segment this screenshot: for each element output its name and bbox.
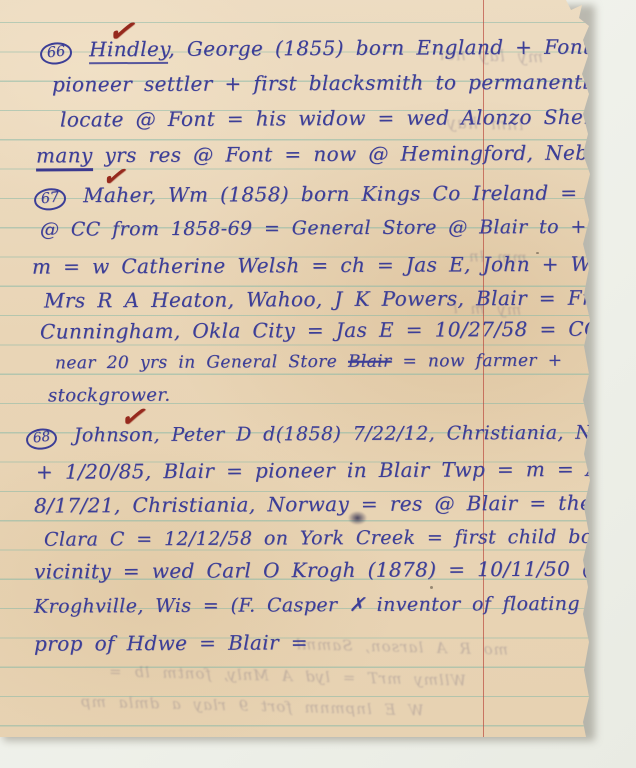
handwriting-line: @ CC from 1858-69 = General Store @ Blai…: [40, 215, 636, 240]
handwriting-line: 8/17/21, Christiania, Norway = res @ Bla…: [34, 490, 634, 517]
paper-speck: [430, 586, 433, 589]
scanned-page: my lay nollnm haymm lnmy m lmo R A larso…: [0, 0, 636, 768]
handwriting-line: + 1/20/85, Blair = pioneer in Blair Twp …: [36, 456, 636, 484]
entry-number-circled: 67: [33, 187, 67, 212]
handwriting-segment: pioneer settler + first blacksmith to pe…: [52, 70, 601, 97]
paper: my lay nollnm haymm lnmy m lmo R A larso…: [0, 0, 594, 737]
handwriting-line: locate @ Font = his widow = wed Alonzo S…: [60, 104, 636, 131]
handwriting-segment: = now farmer +: [392, 351, 563, 372]
handwriting-segment: , George (1855) born England + Font =: [168, 34, 620, 60]
handwriting-segment: [77, 37, 89, 61]
handwriting-line: Mrs R A Heaton, Wahoo, J K Powers, Blair…: [44, 285, 617, 312]
handwriting-segment: @ CC from 1858-69 = General Store @ Blai…: [40, 215, 636, 240]
handwriting-segment: yrs res @ Font = now @ Hemingford, Nebr: [93, 141, 599, 168]
handwriting-segment: + 1/20/85, Blair = pioneer in Blair Twp …: [36, 456, 636, 484]
handwriting-segment: Clara C = 12/12/58 on York Creek = first…: [44, 525, 636, 550]
entry-number-circled: 68: [25, 427, 58, 451]
handwriting-segment: Cunningham, Okla City = Jas E = 10/27/58…: [40, 316, 629, 343]
handwriting-segment-strike: Blair: [348, 352, 392, 372]
handwriting-line: 68 Johnson, Peter D d(1858) 7/22/12, Chr…: [26, 421, 636, 449]
handwriting-line: prop of Hdwe = Blair =: [34, 630, 308, 655]
handwriting-line: m = w Catherine Welsh = ch = Jas E, John…: [32, 251, 636, 278]
entry-number-circled: 66: [39, 41, 73, 66]
handwriting-segment: near 20 yrs in General Store: [55, 352, 348, 374]
handwriting-segment: m = w Catherine Welsh = ch = Jas E, John…: [32, 251, 636, 278]
handwriting-line: Clara C = 12/12/58 on York Creek = first…: [44, 525, 636, 550]
handwriting-segment: vicinity = wed Carl O Krogh (1878) = 10/…: [34, 557, 602, 584]
handwriting-line: Kroghville, Wis = (F. Casper ✗ inventor …: [34, 592, 636, 617]
handwriting-line: pioneer settler + first blacksmith to pe…: [52, 70, 601, 97]
handwriting-line: vicinity = wed Carl O Krogh (1878) = 10/…: [34, 557, 602, 584]
handwriting-segment: Mrs R A Heaton, Wahoo, J K Powers, Blair…: [44, 285, 617, 312]
handwriting-segment: Maher, Wm (1858) born Kings Co Ireland =: [71, 181, 577, 208]
paper-speck: [536, 252, 539, 254]
handwriting-segment: prop of Hdwe = Blair =: [34, 630, 308, 655]
ink-smudge: [348, 511, 367, 525]
handwriting-segment: Kroghville, Wis = (F. Casper ✗ inventor …: [34, 592, 636, 617]
handwriting-line: near 20 yrs in General Store Blair = now…: [55, 351, 562, 374]
handwriting-segment: locate @ Font = his widow = wed Alonzo S…: [60, 104, 636, 131]
handwriting-segment: Johnson, Peter D d(1858) 7/22/12, Christ…: [62, 421, 636, 446]
handwriting-segment-underline-heavy: many: [36, 143, 93, 171]
handwriting-line: Cunningham, Okla City = Jas E = 10/27/58…: [40, 316, 629, 343]
handwriting-segment: 8/17/21, Christiania, Norway = res @ Bla…: [34, 490, 634, 517]
